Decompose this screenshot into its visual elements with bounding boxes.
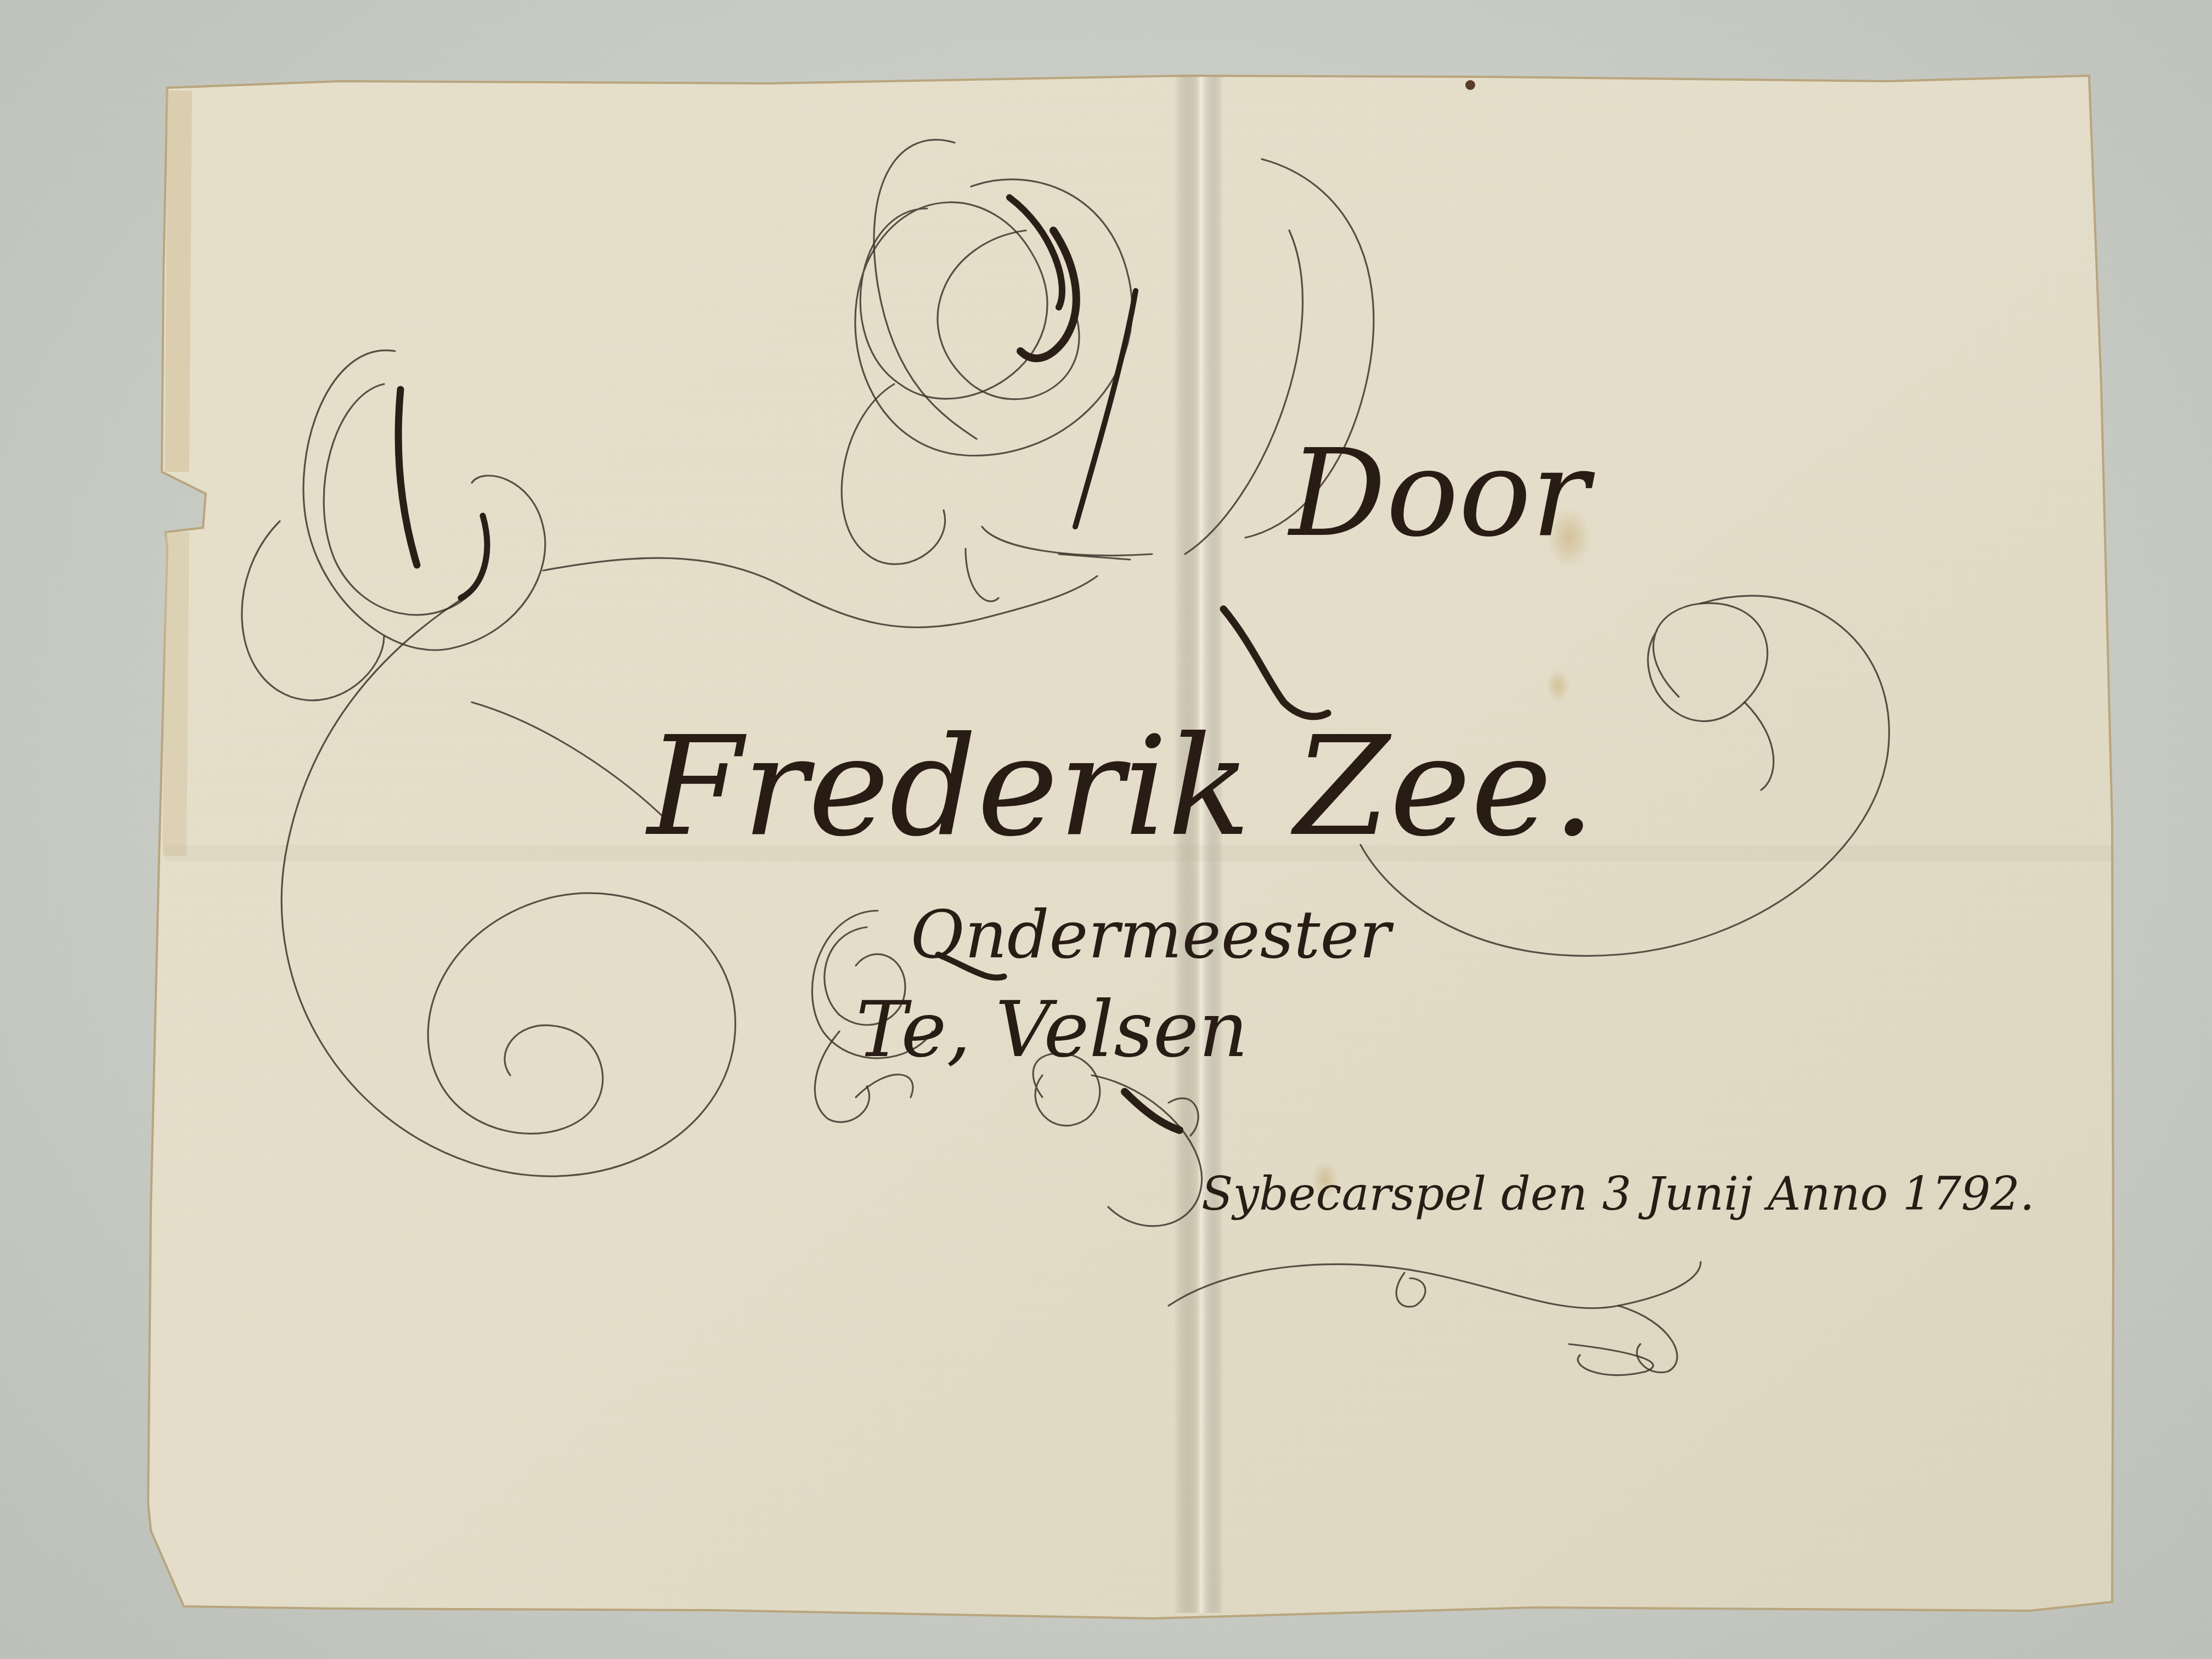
document-photo: Door Frederik Zee. Ondermeester Te, Vels… (0, 0, 2212, 1659)
place-velsen: Te, Velsen (856, 985, 1248, 1075)
name-line: Frederik Zee. (645, 707, 1595, 866)
heading-door: Door (1287, 423, 1595, 563)
title-ondermeester: Ondermeester (911, 897, 1395, 973)
date-line: Sybecarspel den 3 Junij Anno 1792. (1201, 1167, 2034, 1221)
